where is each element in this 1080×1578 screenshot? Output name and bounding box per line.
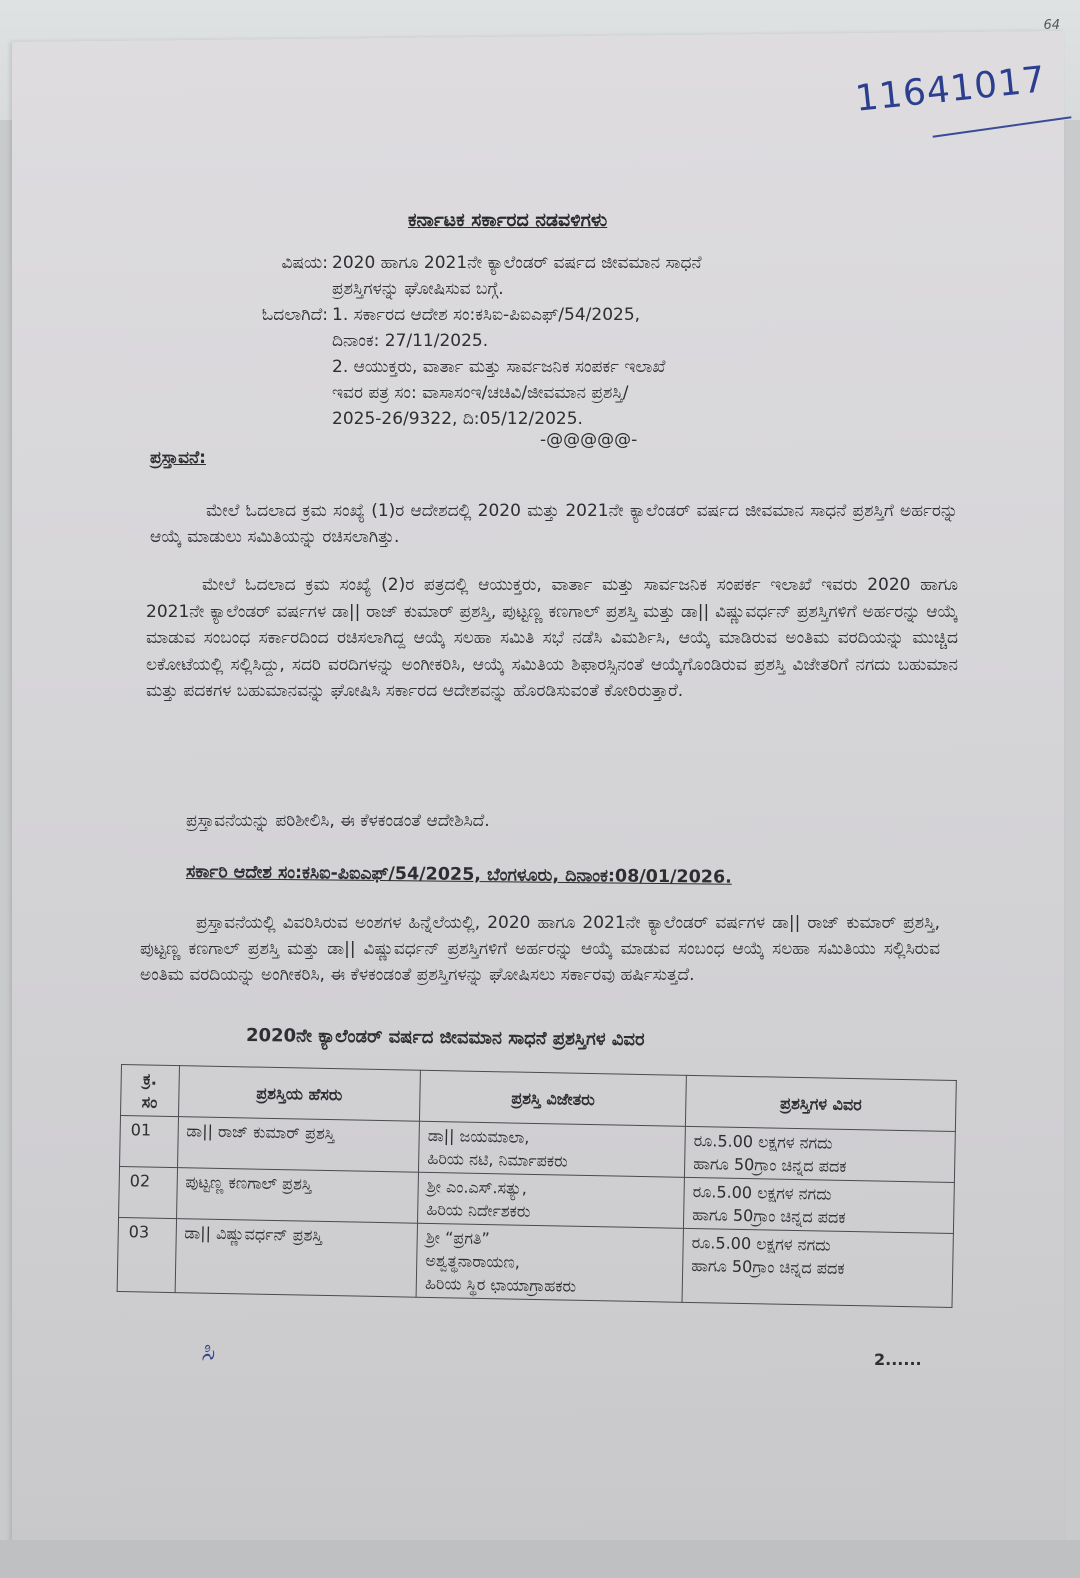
handwritten-underline [933, 116, 1072, 137]
header-award-winner: ಪ್ರಶಸ್ತಿ ವಿಜೇತರು [420, 1070, 687, 1126]
subject-text: 2020 ಹಾಗೂ 2021ನೇ ಕ್ಯಾಲೆಂಡರ್ ವರ್ಷದ ಜೀವಮಾನ… [328, 250, 702, 302]
header-award-details: ಪ್ರಶಸ್ತಿಗಳ ವಿವರ [685, 1075, 956, 1131]
subject-row: ವಿಷಯ: 2020 ಹಾಗೂ 2021ನೇ ಕ್ಯಾಲೆಂಡರ್ ವರ್ಷದ … [226, 250, 702, 302]
document-content: 11641017 ಕರ್ನಾಟಕ ಸರ್ಕಾರದ ನಡವಳಿಗಳು ವಿಷಯ: … [0, 0, 1080, 1578]
award-winner: ಡಾ|| ಜಯಮಾಲಾ, ಹಿರಿಯ ನಟಿ, ನಿರ್ಮಾಪಕರು [419, 1121, 686, 1177]
preamble-paragraph-3: ಪ್ರಸ್ತಾವನೆಯನ್ನು ಪರಿಶೀಲಿಸಿ, ಈ ಕೆಳಕಂಡಂತೆ ಆ… [186, 808, 886, 834]
serial-no: 01 [120, 1116, 179, 1168]
award-details: ರೂ.5.00 ಲಕ್ಷಗಳ ನಗದು ಹಾಗೂ 50ಗ್ರಾಂ ಚಿನ್ನದ … [684, 1126, 955, 1182]
preamble-paragraph-2: ಮೇಲೆ ಓದಲಾದ ಕ್ರಮ ಸಂಖ್ಯೆ (2)ರ ಪತ್ರದಲ್ಲಿ ಆಯ… [146, 572, 958, 705]
award-winner: ಶ್ರೀ “ಪ್ರಗತಿ” ಅಶ್ವತ್ಥನಾರಾಯಣ, ಹಿರಿಯ ಸ್ಥಿರ… [416, 1223, 683, 1302]
references-row: ಓದಲಾಗಿದೆ: 1. ಸರ್ಕಾರದ ಆದೇಶ ಸಂ:ಕಸಿಐ-ಪಿಐಎಫ್… [226, 302, 702, 354]
order-paragraph: ಪ್ರಸ್ತಾವನೆಯಲ್ಲಿ ವಿವರಿಸಿರುವ ಅಂಶಗಳ ಹಿನ್ನೆಲ… [140, 910, 940, 988]
next-page-marker: 2...... [874, 1348, 922, 1372]
serial-no: 03 [117, 1217, 176, 1292]
award-name: ಪುಟ್ಟಣ್ಣ ಕಣಗಾಲ್ ಪ್ರಶಸ್ತಿ [176, 1168, 419, 1224]
signature-initials: ಸಿ [198, 1339, 215, 1365]
header-serial-no: ಕ್ರ. ಸಂ [121, 1065, 180, 1117]
awards-table-title: 2020ನೇ ಕ್ಯಾಲೆಂಡರ್ ವರ್ಷದ ಜೀವಮಾನ ಸಾಧನೆ ಪ್ರ… [246, 1024, 645, 1052]
award-winner: ಶ್ರೀ ಎಂ.ಎಸ್.ಸತ್ಯು, ಹಿರಿಯ ನಿರ್ದೇಶಕರು [418, 1172, 685, 1228]
references-row-2: 2. ಆಯುಕ್ತರು, ವಾರ್ತಾ ಮತ್ತು ಸಾರ್ವಜನಿಕ ಸಂಪರ… [226, 354, 702, 432]
preamble-heading: ಪ್ರಸ್ತಾವನೆ: [150, 446, 206, 470]
header-award-name: ಪ್ರಶಸ್ತಿಯ ಹೆಸರು [178, 1066, 421, 1122]
table-row: 03 ಡಾ|| ವಿಷ್ಣುವರ್ಧನ್ ಪ್ರಶಸ್ತಿ ಶ್ರೀ “ಪ್ರಗ… [117, 1217, 953, 1307]
document-title: ಕರ್ನಾಟಕ ಸರ್ಕಾರದ ನಡವಳಿಗಳು [408, 208, 607, 232]
references-label: ಓದಲಾಗಿದೆ: [226, 302, 328, 354]
award-details: ರೂ.5.00 ಲಕ್ಷಗಳ ನಗದು ಹಾಗೂ 50ಗ್ರಾಂ ಚಿನ್ನದ … [684, 1177, 955, 1233]
subject-and-references: ವಿಷಯ: 2020 ಹಾಗೂ 2021ನೇ ಕ್ಯಾಲೆಂಡರ್ ವರ್ಷದ … [226, 250, 702, 432]
serial-no: 02 [119, 1166, 178, 1218]
handwritten-file-number: 11641017 [854, 68, 1047, 112]
section-separator: -@@@@@- [540, 428, 637, 452]
award-details: ರೂ.5.00 ಲಕ್ಷಗಳ ನಗದು ಹಾಗೂ 50ಗ್ರಾಂ ಚಿನ್ನದ … [682, 1228, 953, 1307]
award-name: ಡಾ|| ವಿಷ್ಣುವರ್ಧನ್ ಪ್ರಶಸ್ತಿ [175, 1219, 418, 1298]
government-order-heading: ಸರ್ಕಾರಿ ಆದೇಶ ಸಂ:ಕಸಿಐ-ಪಿಐಎಫ್/54/2025, ಬೆಂ… [186, 860, 732, 890]
awards-table: ಕ್ರ. ಸಂ ಪ್ರಶಸ್ತಿಯ ಹೆಸರು ಪ್ರಶಸ್ತಿ ವಿಜೇತರು… [117, 1064, 957, 1308]
preamble-paragraph-1: ಮೇಲೆ ಓದಲಾದ ಕ್ರಮ ಸಂಖ್ಯೆ (1)ರ ಆದೇಶದಲ್ಲಿ 20… [150, 498, 958, 550]
subject-label: ವಿಷಯ: [226, 250, 328, 302]
reference-item-2: 2. ಆಯುಕ್ತರು, ವಾರ್ತಾ ಮತ್ತು ಸಾರ್ವಜನಿಕ ಸಂಪರ… [328, 354, 665, 432]
reference-item-1: 1. ಸರ್ಕಾರದ ಆದೇಶ ಸಂ:ಕಸಿಐ-ಪಿಐಎಫ್/54/2025, … [328, 302, 640, 354]
award-name: ಡಾ|| ರಾಜ್ ಕುಮಾರ್ ಪ್ರಶಸ್ತಿ [177, 1117, 420, 1173]
